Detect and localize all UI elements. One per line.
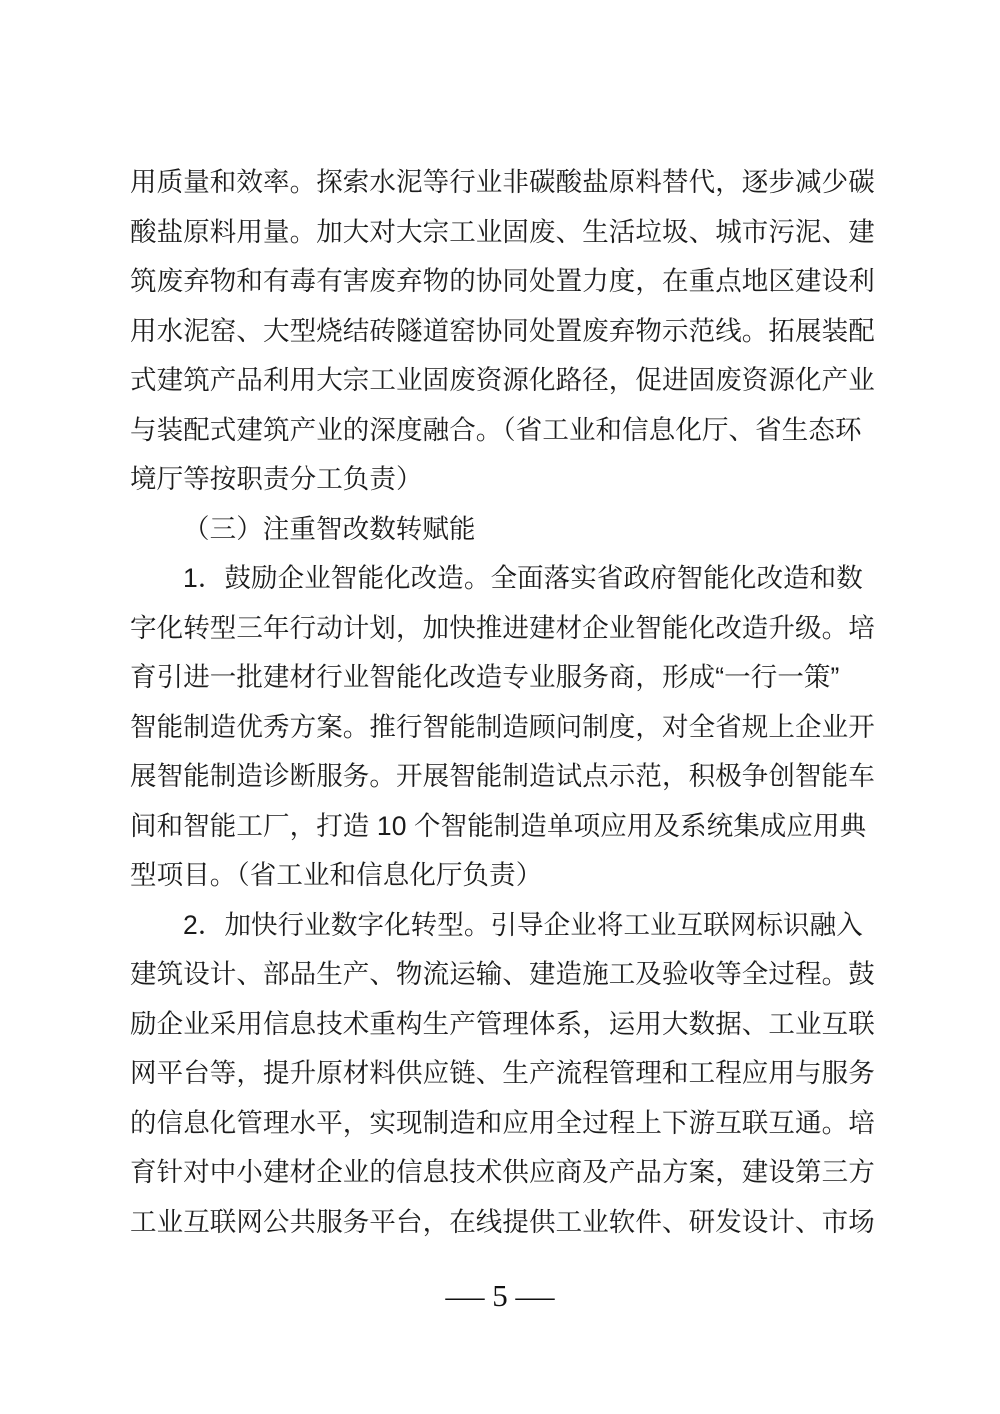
text-line: 2．加快行业数字化转型。引导企业将工业互联网标识融入: [130, 901, 875, 951]
text-line: 工业互联网公共服务平台，在线提供工业软件、研发设计、市场: [130, 1198, 875, 1248]
text-line: 筑废弃物和有毒有害废弃物的协同处置力度，在重点地区建设利: [130, 257, 875, 307]
page-number: 5: [492, 1280, 508, 1312]
text-line: 建筑设计、部品生产、物流运输、建造施工及验收等全过程。鼓: [130, 950, 875, 1000]
text-line: 式建筑产品利用大宗工业固废资源化路径，促进固废资源化产业: [130, 356, 875, 406]
text-line: 励企业采用信息技术重构生产管理体系，运用大数据、工业互联: [130, 1000, 875, 1050]
text-line: 育引进一批建材行业智能化改造专业服务商，形成“一行一策”: [130, 653, 875, 703]
text-line: 1．鼓励企业智能化改造。全面落实省政府智能化改造和数: [130, 554, 875, 604]
text-block: 用质量和效率。探索水泥等行业非碳酸盐原料替代，逐步减少碳 酸盐原料用量。加大对大…: [130, 158, 875, 1247]
document-page: 用质量和效率。探索水泥等行业非碳酸盐原料替代，逐步减少碳 酸盐原料用量。加大对大…: [0, 0, 1000, 1414]
text-line: 境厅等按职责分工负责）: [130, 455, 875, 505]
text-line: 用水泥窑、大型烧结砖隧道窑协同处置废弃物示范线。拓展装配: [130, 307, 875, 357]
text-line: 字化转型三年行动计划，加快推进建材企业智能化改造升级。培: [130, 604, 875, 654]
page-number-dash-left: —: [446, 1281, 485, 1313]
text-line: 展智能制造诊断服务。开展智能制造试点示范，积极争创智能车: [130, 752, 875, 802]
text-line: 间和智能工厂，打造 10 个智能制造单项应用及系统集成应用典: [130, 802, 875, 852]
text-line: 网平台等，提升原材料供应链、生产流程管理和工程应用与服务: [130, 1049, 875, 1099]
text-line: 智能制造优秀方案。推行智能制造顾问制度，对全省规上企业开: [130, 703, 875, 753]
page-number-dash-right: —: [515, 1281, 554, 1313]
text-line: 育针对中小建材企业的信息技术供应商及产品方案，建设第三方: [130, 1148, 875, 1198]
text-line: 与装配式建筑产业的深度融合。（省工业和信息化厅、省生态环: [130, 406, 875, 456]
text-line: 用质量和效率。探索水泥等行业非碳酸盐原料替代，逐步减少碳: [130, 158, 875, 208]
text-line: 的信息化管理水平，实现制造和应用全过程上下游互联互通。培: [130, 1099, 875, 1149]
text-line: 型项目。（省工业和信息化厅负责）: [130, 851, 875, 901]
text-line: 酸盐原料用量。加大对大宗工业固废、生活垃圾、城市污泥、建: [130, 208, 875, 258]
section-heading: （三）注重智改数转赋能: [130, 505, 875, 555]
page-footer: —5—: [0, 1280, 1000, 1313]
